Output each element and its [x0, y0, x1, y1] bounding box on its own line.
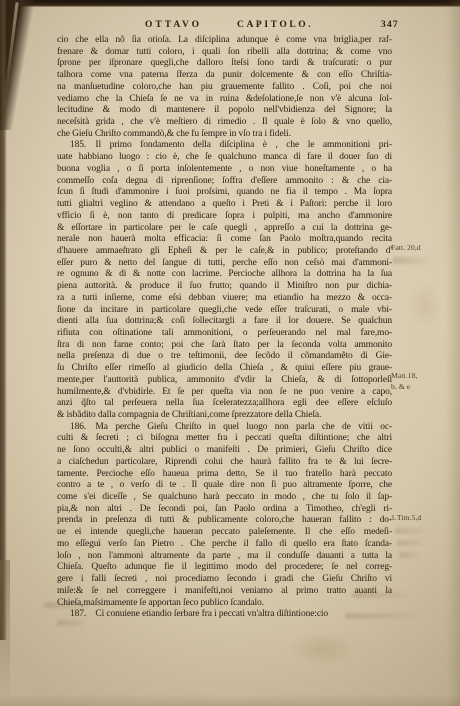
bleedthrough-mark — [399, 552, 421, 558]
text-line: loſo , non l'ammonì altramente da parte … — [57, 551, 392, 563]
margin-note: Fatt. 20,d — [391, 243, 457, 253]
text-line: tamente. Percioche eſſo haueua prima det… — [57, 469, 392, 481]
text-line: culti & ſecreti ; ci biſogna metter fra … — [57, 433, 392, 445]
text-line: rifiuta con oſtinatione tali ammonitioni… — [57, 328, 392, 340]
text-line: humilmente,& d'vbidirle. Et ſe per queſt… — [57, 387, 392, 399]
page-number: 347 — [381, 20, 399, 30]
running-head-chapter-ordinal: OTTAVO — [145, 20, 202, 30]
text-line: nella preſenza di due o tre teſtimonii, … — [57, 351, 392, 363]
text-line: piena auttorità. & produce il ſuo frutto… — [57, 281, 392, 293]
text-line: vediamo che la Chieſa ſe ne va in ruina … — [57, 94, 392, 106]
scan-edge-bottom — [0, 694, 460, 706]
text-line: & eſſortare in particolare per le caſe q… — [57, 223, 392, 235]
text-line: uate habbiano luogo : cio è, che ſe qual… — [57, 152, 392, 164]
text-line: nerale non hauerà molta efficacia: ſi co… — [57, 234, 392, 246]
text-line: ſione da incitare in particolare quegli,… — [57, 305, 392, 317]
text-line: re ognuno & di & notte con lacrime. Perc… — [57, 269, 392, 281]
text-line: dienti alla ſua dottrina;& coſi ſollecit… — [57, 316, 392, 328]
text-line: ſu Chriſto eſſer rimeſſo al giudicio del… — [57, 363, 392, 375]
text-line: 185. Il primo fondamento della diſciplin… — [57, 140, 392, 152]
text-line: cio che ella nõ ſia otioſa. La diſciplin… — [57, 35, 392, 47]
text-line: 186. Ma perche Gieſu Chriſto in quel luo… — [57, 422, 392, 434]
text-line: come s'ei diceſſe , Se qualchuno harà pe… — [57, 492, 392, 504]
paragraph: cio che ella nõ ſia otioſa. La diſciplin… — [57, 35, 392, 140]
scan-edge-left-fade — [0, 560, 10, 706]
text-line: lecitudine & modo di mantenere il popolo… — [57, 105, 392, 117]
text-line: ne ſono occulti,& altri publici o manife… — [57, 445, 392, 457]
text-line: che Gieſu Chriſto commandò,& che fu ſemp… — [57, 129, 392, 141]
paper-stain — [408, 282, 442, 328]
bleedthrough-mark — [397, 540, 423, 546]
paragraph: 186. Ma perche Gieſu Chriſto in quel luo… — [57, 422, 392, 610]
text-line: Chieſa. Queſto adunque fie il legittimo … — [57, 562, 392, 574]
text-line: d'hauere ammaeſtrato gli Epheſi & per le… — [57, 246, 392, 258]
text-line: eſſer puro & netto del ſangue di tutti, … — [57, 258, 392, 270]
text-line: ſcun ſi ſtudi d'ammonire i ſuoi proſsimi… — [57, 187, 392, 199]
text-line: pia,& non altri . De ſecondi poi, ſan Pa… — [57, 504, 392, 516]
text-line: ue ei intende quegli,che haueran peccato… — [57, 527, 392, 539]
paragraph: 187. Ci conuiene etiandio ſerbare fra i … — [57, 609, 392, 621]
text-line: tutti glialtri veglino & attendano a que… — [57, 199, 392, 211]
text-line: talhora come vna paterna ſferza da punir… — [57, 70, 392, 82]
text-line: prenda in preſenza di tutti & publicamen… — [57, 515, 392, 527]
text-line: contro a te , o verſo di te . Il quale d… — [57, 480, 392, 492]
running-head-chapter-word: CAPITOLO. — [237, 20, 313, 30]
text-line: & isbãdito dalla compagnia de Chriſtiani… — [57, 410, 392, 422]
text-line: commeſſo coſa degna di riprenſione; ſoff… — [57, 176, 392, 188]
bleedthrough-mark — [395, 528, 425, 534]
text-line: na manſuetudine coloro,che han piu graue… — [57, 82, 392, 94]
margin-note: b, & e — [391, 382, 457, 392]
text-line: 187. Ci conuiene etiandio ſerbare fra i … — [57, 609, 392, 621]
paragraph: 185. Il primo fondamento della diſciplin… — [57, 140, 392, 421]
text-line: ſtra di non farne conto; poi che ſarà ſt… — [57, 340, 392, 352]
text-line: frenare & domar tutti coloro, i quali ſo… — [57, 47, 392, 59]
text-line: miſe:& ſe nel correggere i manifeſti,noi… — [57, 586, 392, 598]
text-line: a ciaſchedun particolare, Riprendi colui… — [57, 457, 392, 469]
text-line: neceſsità grida , che v'è meſtiero di ri… — [57, 117, 392, 129]
text-line: gere i falli ſecreti , noi procediamo ſe… — [57, 574, 392, 586]
text-line: ſprone per iſpronare quegli,che dalloro … — [57, 58, 392, 70]
text-line: anzi q̃ſto tal perſeuera nella ſua ſcele… — [57, 398, 392, 410]
text-line: vfficio ſi è, non tanto di predicare ſop… — [57, 211, 392, 223]
text-line: ra a tutti inſieme, come eſsi debban viu… — [57, 293, 392, 305]
text-line: Chieſa,maſsimamente ſe apportan ſeco pub… — [57, 598, 392, 610]
scan-edge-top — [0, 0, 460, 7]
margin-note: 1.Tim.5,d — [391, 513, 457, 523]
text-line: mente,per l'auttorità publica, ammonito … — [57, 375, 392, 387]
bleedthrough-mark — [393, 257, 429, 264]
scan-edge-right — [446, 0, 460, 706]
text-line: mo eſſeguì verſo ſan Pietro . Che perche… — [57, 539, 392, 551]
text-block: cio che ella nõ ſia otioſa. La diſciplin… — [57, 35, 392, 621]
margin-note: Matt.18, — [391, 371, 457, 381]
paper-stain — [288, 632, 358, 666]
text-line: buona voglia , o ſi porta inſolentemente… — [57, 164, 392, 176]
book-page-scan: OTTAVO CAPITOLO. 347 cio che ella nõ ſia… — [0, 0, 460, 706]
